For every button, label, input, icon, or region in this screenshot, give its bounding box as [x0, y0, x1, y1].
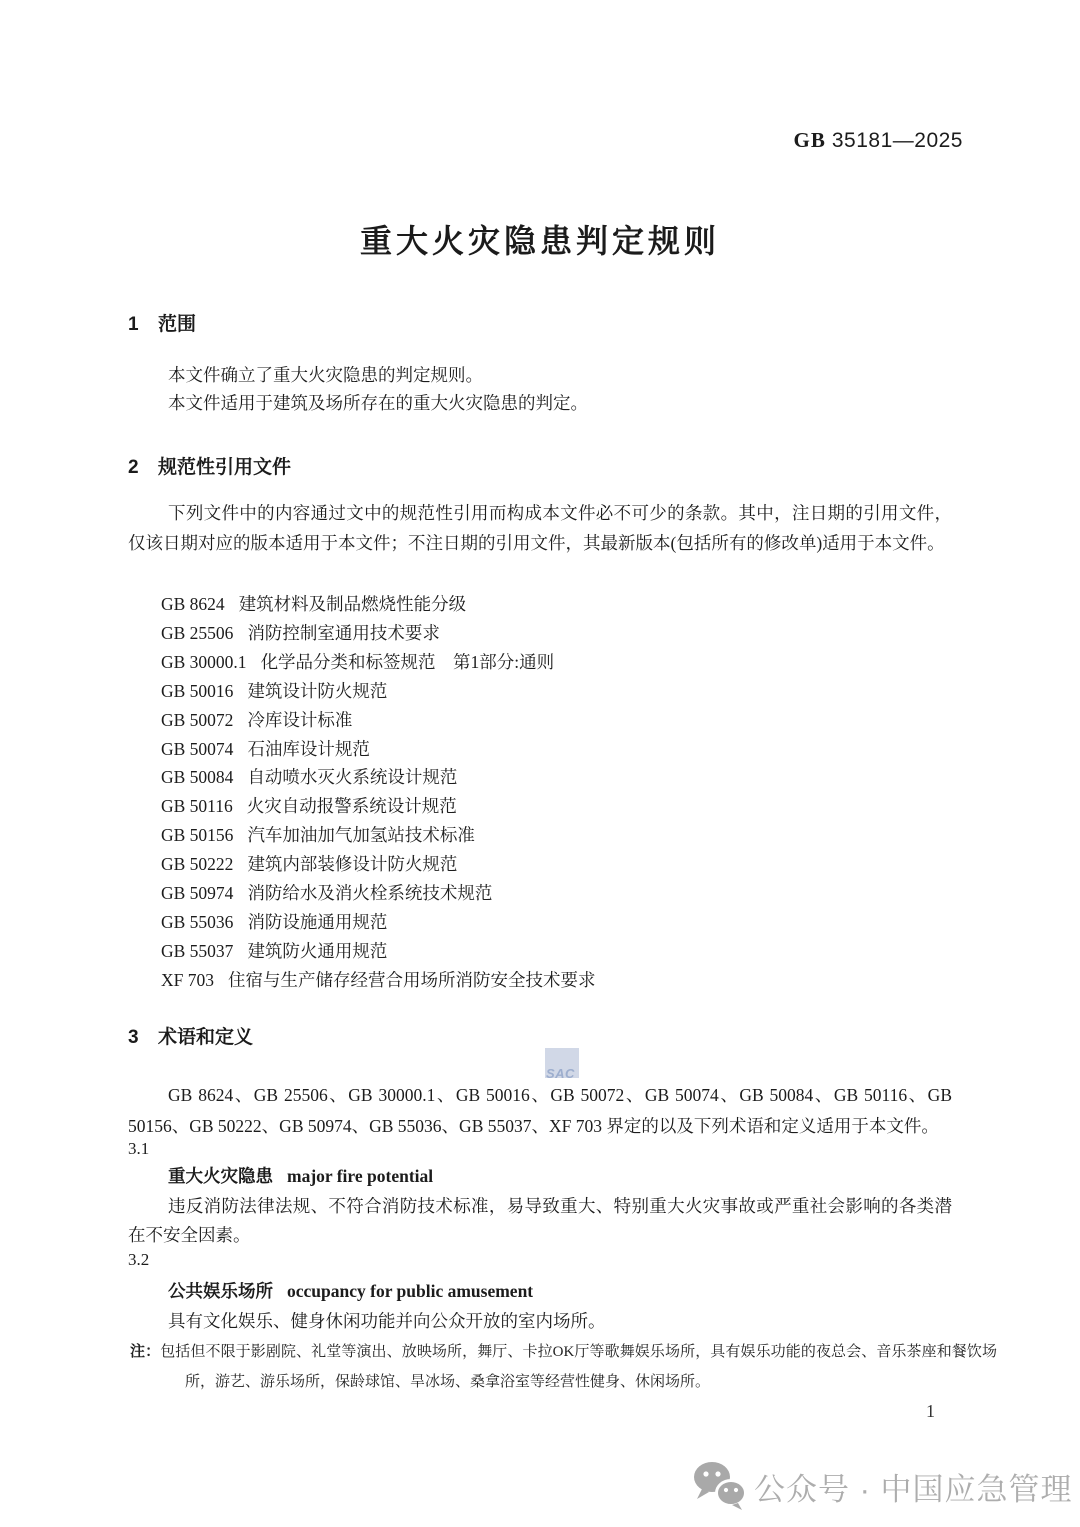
reference-code: GB 50074 [161, 739, 233, 759]
document-page: { "page": { "doc_code_prefix": "GB", "do… [0, 0, 1080, 1527]
footer-branding: 公众号 · 中国应急管理 [0, 1452, 1080, 1527]
reference-code: GB 55037 [161, 941, 233, 961]
term-3-2-definition: 具有文化娱乐、健身休闲功能并向公众开放的室内场所。 [168, 1308, 606, 1333]
section-1-paragraph-2: 本文件适用于建筑及场所存在的重大火灾隐患的判定。 [168, 389, 588, 417]
section-2-title: 规范性引用文件 [158, 457, 291, 478]
term-3-2-name-zh: 公共娱乐场所 [168, 1281, 273, 1301]
footer-account-name: 公众号 · 中国应急管理 [754, 1464, 1073, 1509]
reference-code: XF 703 [161, 970, 214, 990]
term-3-2-name: 公共娱乐场所occupancy for public amusement [168, 1278, 533, 1303]
term-3-1-id: 3.1 [128, 1139, 149, 1159]
term-3-1-name-en: major fire potential [287, 1166, 433, 1186]
reference-item: GB 55037建筑防火通用规范 [161, 937, 596, 966]
reference-code: GB 50016 [161, 681, 233, 701]
reference-item: GB 50222建筑内部装修设计防火规范 [161, 850, 596, 879]
section-3-intro-paragraph: GB 8624、GB 25506、GB 30000.1、GB 50016、GB … [128, 1080, 952, 1142]
reference-title: 建筑内部装修设计防火规范 [247, 854, 457, 874]
reference-title: 汽车加油加气加氢站技术标准 [247, 825, 475, 845]
reference-item: GB 50156汽车加油加气加氢站技术标准 [161, 821, 596, 850]
reference-title: 自动喷水灭火系统设计规范 [247, 767, 457, 787]
reference-code: GB 50222 [161, 854, 233, 874]
reference-code: GB 50156 [161, 825, 233, 845]
section-1-title: 范围 [158, 314, 196, 335]
document-code-prefix: GB [794, 128, 826, 152]
term-3-1-name: 重大火灾隐患major fire potential [168, 1163, 433, 1188]
reference-code: GB 30000.1 [161, 652, 247, 672]
reference-code: GB 50116 [161, 796, 233, 816]
section-3-number: 3 [128, 1027, 142, 1049]
normative-references-list: GB 8624建筑材料及制品燃烧性能分级 GB 25506消防控制室通用技术要求… [161, 590, 596, 995]
reference-item: GB 55036消防设施通用规范 [161, 908, 596, 937]
reference-item: GB 8624建筑材料及制品燃烧性能分级 [161, 590, 596, 619]
page-number: 1 [926, 1401, 935, 1422]
reference-title: 建筑设计防火规范 [247, 681, 387, 701]
wechat-icon [692, 1460, 748, 1510]
reference-title: 消防给水及消火栓系统技术规范 [247, 883, 492, 903]
reference-code: GB 50072 [161, 710, 233, 730]
document-code-number: 35181—2025 [832, 129, 963, 152]
reference-item: GB 50074石油库设计规范 [161, 735, 596, 764]
reference-title: 石油库设计规范 [247, 739, 370, 759]
page-title: 重大火灾隐患判定规则 [0, 216, 1080, 262]
reference-title: 化学品分类和标签规范 第1部分:通则 [261, 652, 555, 672]
reference-item: GB 50084自动喷水灭火系统设计规范 [161, 763, 596, 792]
reference-code: GB 8624 [161, 594, 225, 614]
reference-title: 冷库设计标准 [247, 710, 352, 730]
reference-item: XF 703住宿与生产储存经营合用场所消防安全技术要求 [161, 966, 596, 995]
reference-item: GB 25506消防控制室通用技术要求 [161, 619, 596, 648]
term-3-2-note: 注：包括但不限于影剧院、礼堂等演出、放映场所，舞厅、卡拉OK厅等歌舞娱乐场所，具… [130, 1337, 997, 1397]
document-code: GB35181—2025 [794, 128, 963, 153]
term-3-1-name-zh: 重大火灾隐患 [168, 1166, 273, 1186]
note-text: 包括但不限于影剧院、礼堂等演出、放映场所，舞厅、卡拉OK厅等歌舞娱乐场所，具有娱… [160, 1344, 997, 1390]
reference-item: GB 30000.1化学品分类和标签规范 第1部分:通则 [161, 648, 596, 677]
section-3-heading: 3术语和定义 [128, 1022, 253, 1049]
term-3-2-name-en: occupancy for public amusement [287, 1281, 533, 1301]
section-1-heading: 1范围 [128, 309, 196, 336]
reference-title: 住宿与生产储存经营合用场所消防安全技术要求 [228, 970, 596, 990]
reference-code: GB 50974 [161, 883, 233, 903]
section-1-number: 1 [128, 314, 142, 336]
reference-title: 建筑材料及制品燃烧性能分级 [239, 594, 467, 614]
reference-item: GB 50974消防给水及消火栓系统技术规范 [161, 879, 596, 908]
reference-title: 消防设施通用规范 [247, 912, 387, 932]
reference-item: GB 50016建筑设计防火规范 [161, 677, 596, 706]
term-3-1-definition: 违反消防法律法规、不符合消防技术标准，易导致重大、特别重大火灾事故或严重社会影响… [128, 1192, 952, 1250]
reference-item: GB 50116火灾自动报警系统设计规范 [161, 792, 596, 821]
section-1-paragraph-1: 本文件确立了重大火灾隐患的判定规则。 [168, 361, 483, 389]
sac-watermark-text: SAC [546, 1066, 575, 1081]
reference-item: GB 50072冷库设计标准 [161, 706, 596, 735]
section-2-intro-paragraph: 下列文件中的内容通过文中的规范性引用而构成本文件必不可少的条款。其中，注日期的引… [128, 499, 952, 558]
section-2-number: 2 [128, 457, 142, 479]
reference-title: 消防控制室通用技术要求 [247, 623, 440, 643]
term-3-2-id: 3.2 [128, 1250, 149, 1270]
sac-watermark: SAC [545, 1048, 579, 1078]
reference-code: GB 55036 [161, 912, 233, 932]
reference-title: 火灾自动报警系统设计规范 [247, 796, 457, 816]
reference-title: 建筑防火通用规范 [247, 941, 387, 961]
reference-code: GB 25506 [161, 623, 233, 643]
section-2-heading: 2规范性引用文件 [128, 452, 291, 479]
note-label: 注： [130, 1343, 160, 1360]
section-3-title: 术语和定义 [158, 1027, 253, 1048]
reference-code: GB 50084 [161, 767, 233, 787]
